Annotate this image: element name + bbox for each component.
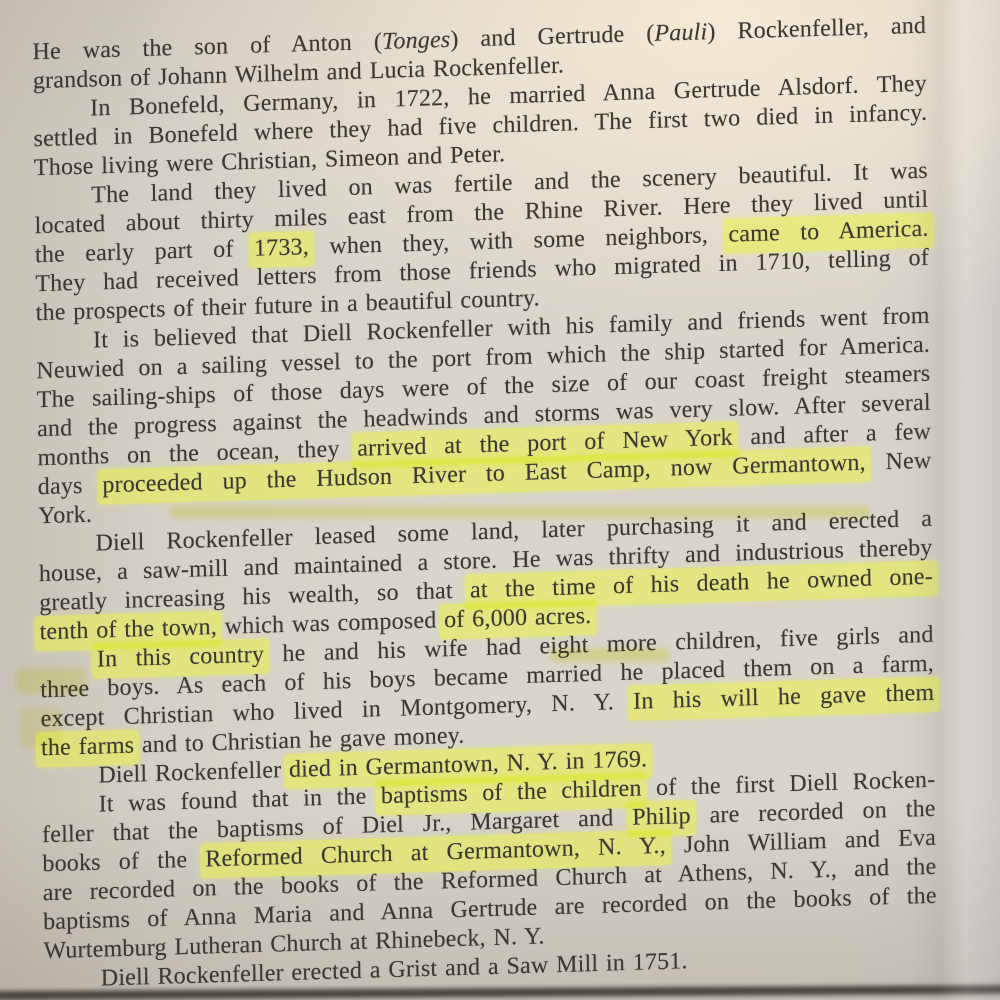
book-page-photo: He was the son of Anton (Tonges) and Ger… [0, 0, 1000, 1000]
text-segment: York. [38, 502, 92, 530]
text-segment: and after a few [733, 419, 932, 451]
paragraph: It was found that in the baptisms of the… [42, 766, 938, 967]
text-segment: ) Rockenfeller, and [707, 13, 926, 45]
page-text: He was the son of Anton (Tonges) and Ger… [32, 12, 937, 996]
paragraph: It is believed that Diell Rockenfeller w… [36, 302, 932, 532]
text-segment: ) and Gertrude ( [450, 21, 654, 53]
highlighted-text: 1733, [249, 231, 314, 268]
paragraph: The land they lived on was fertile and t… [34, 157, 929, 329]
highlighted-text: the farms [36, 729, 140, 767]
highlighted-text: In this country [92, 638, 270, 678]
text-segment: days [38, 472, 103, 500]
text-segment: the early part of [35, 236, 254, 269]
highlighted-text: of 6,000 acres. [439, 600, 597, 640]
text-segment: New [866, 448, 932, 476]
text-segment: books of the [42, 846, 205, 877]
text-segment: which was composed [217, 607, 445, 640]
text-segment: Tonges [382, 27, 451, 55]
text-segment: Pauli [654, 19, 707, 47]
highlighted-text: came to America. [723, 213, 934, 254]
